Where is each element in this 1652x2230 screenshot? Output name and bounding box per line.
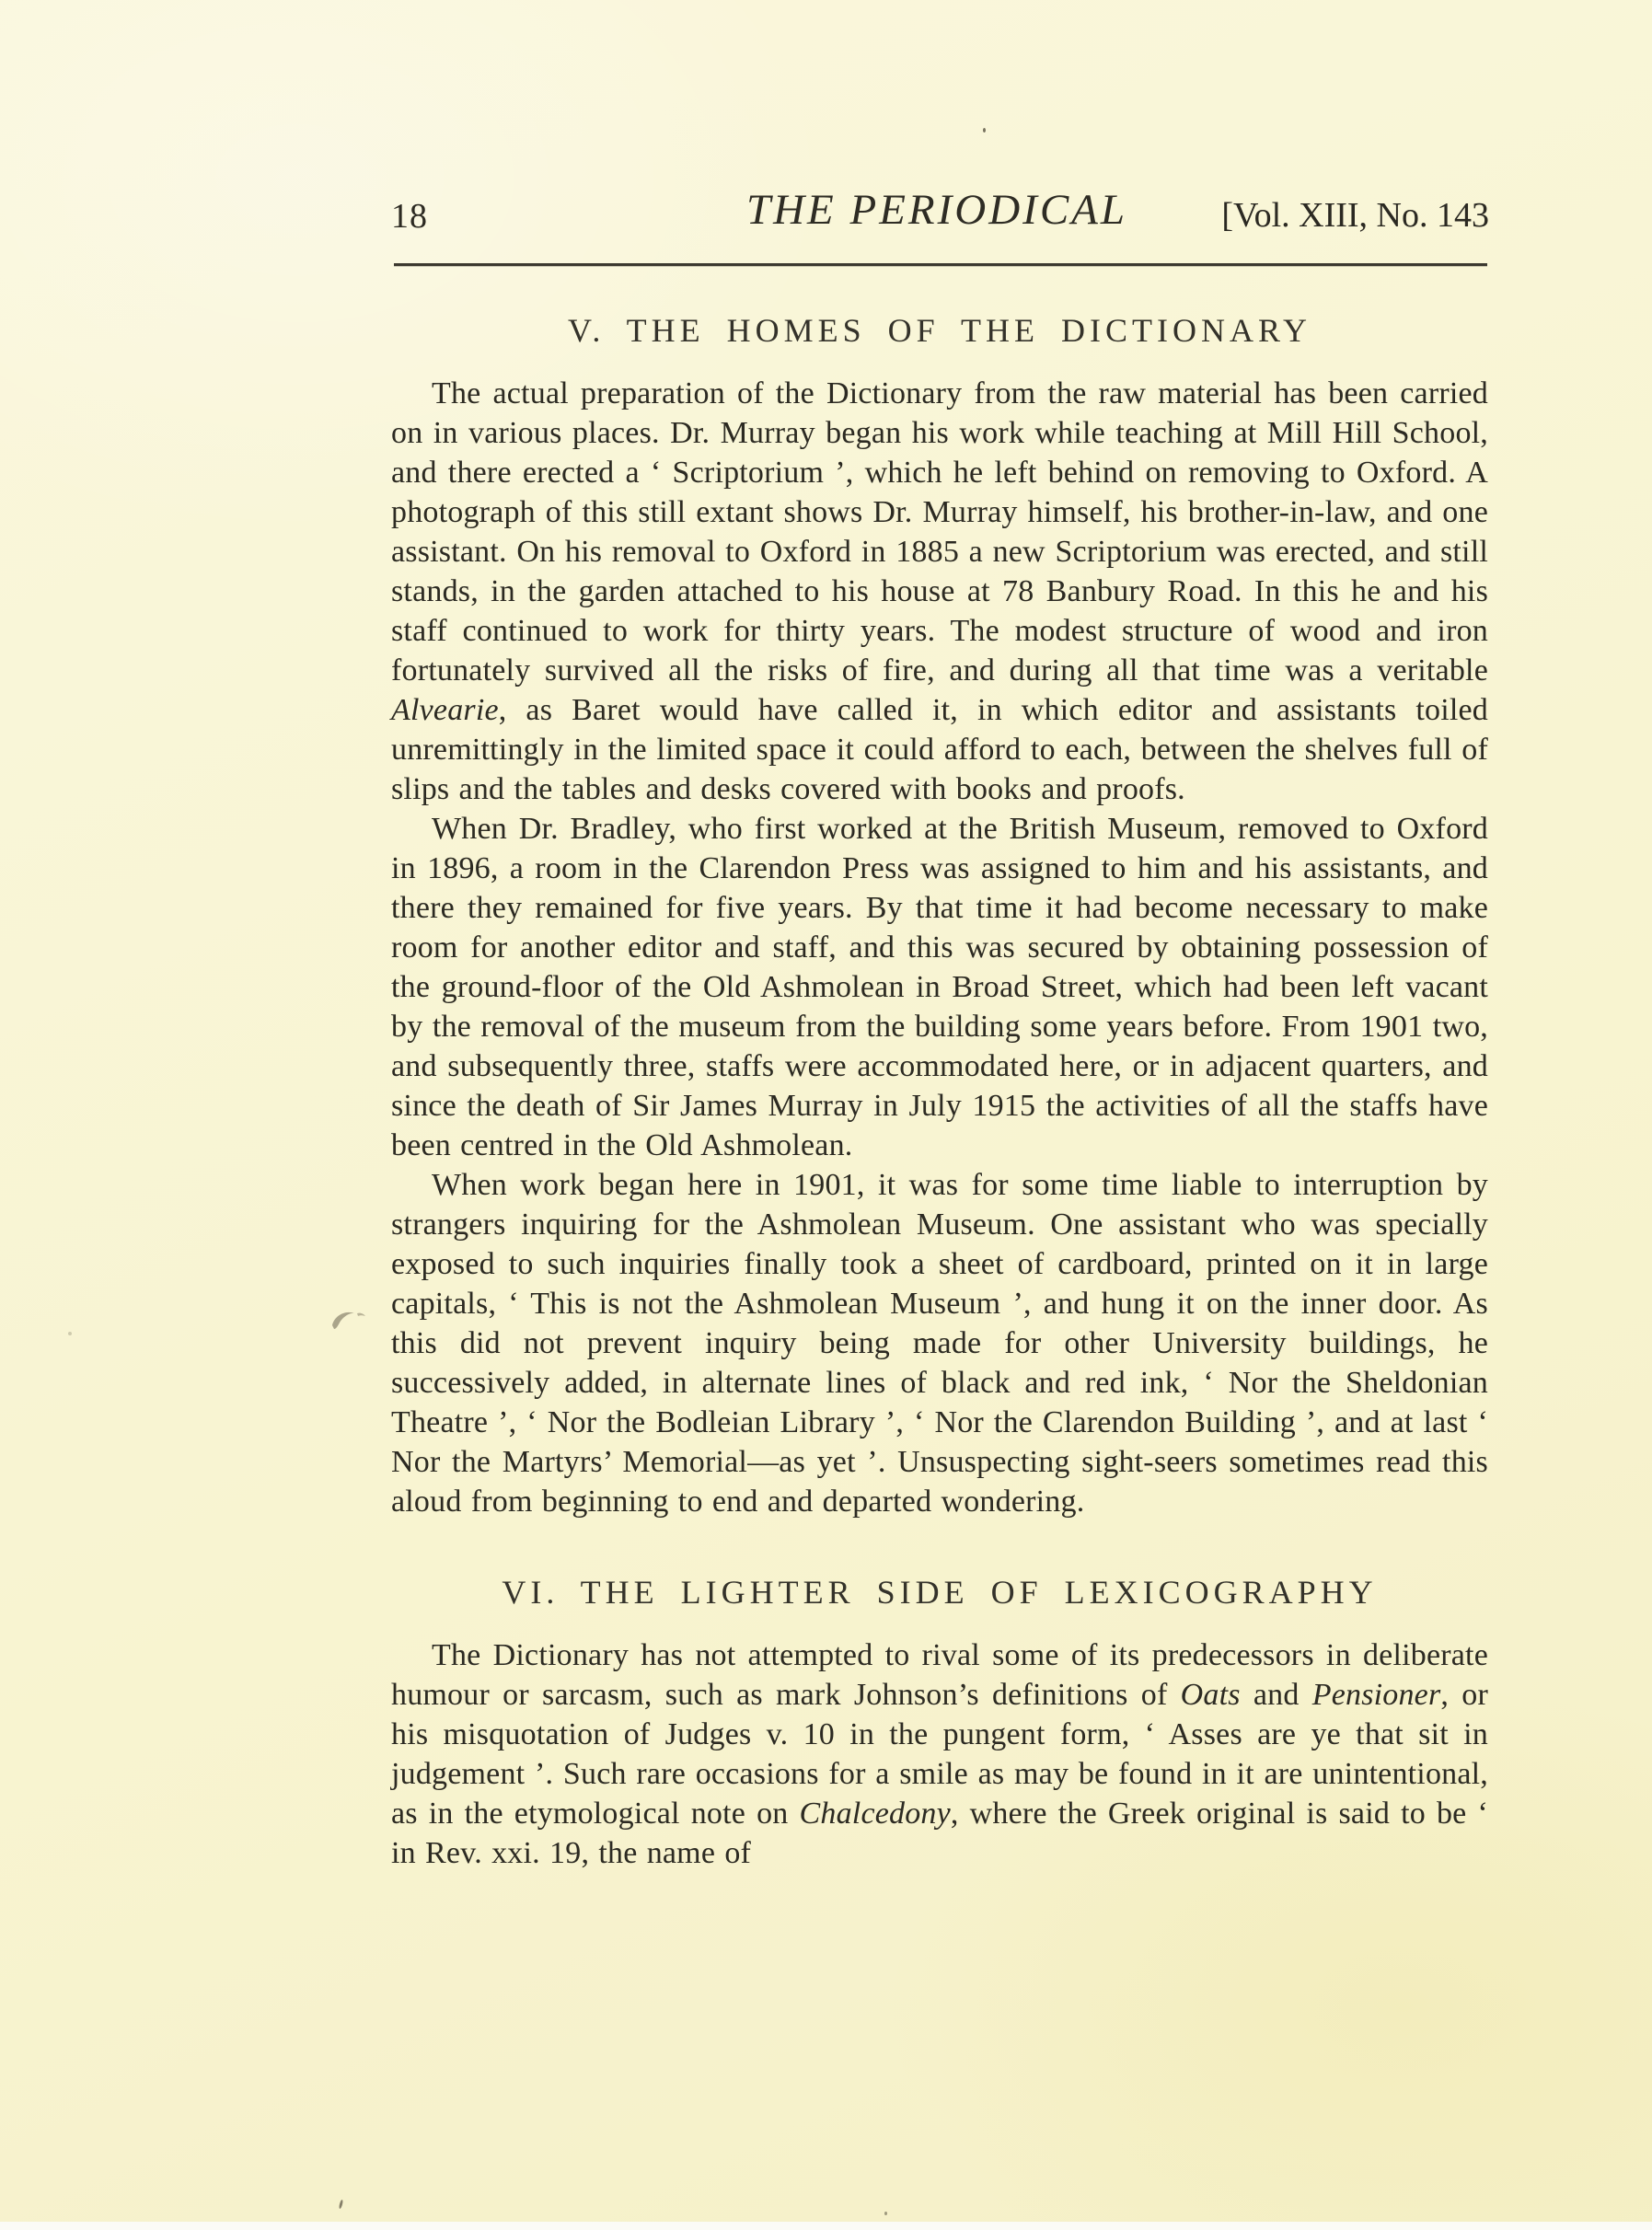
paragraph: When Dr. Bradley, who first worked at th…: [391, 809, 1488, 1165]
section-heading: VI. THE LIGHTER SIDE OF LEXICOGRAPHY: [391, 1573, 1488, 1612]
dust-speck: [884, 2212, 887, 2215]
header-rule: [394, 263, 1487, 266]
page-number: 18: [391, 196, 428, 237]
content: V. THE HOMES OF THE DICTIONARYThe actual…: [391, 311, 1488, 1873]
paragraph: The Dictionary has not attempted to riva…: [391, 1635, 1488, 1873]
volume-issue-label: [Vol. XIII, No. 143: [1221, 195, 1489, 236]
paragraph: The actual preparation of the Dictionary…: [391, 374, 1488, 809]
section-2: VI. THE LIGHTER SIDE OF LEXICOGRAPHYThe …: [391, 1573, 1488, 1873]
journal-title: THE PERIODICAL: [746, 185, 1127, 235]
section-1: V. THE HOMES OF THE DICTIONARYThe actual…: [391, 311, 1488, 1521]
dust-speck: [983, 128, 986, 133]
ink-smudge-mark: [327, 1305, 368, 1338]
dust-speck: [68, 1332, 72, 1335]
paragraph: When work began here in 1901, it was for…: [391, 1165, 1488, 1521]
dust-speck: [339, 2200, 343, 2209]
scanned-page: 18 THE PERIODICAL [Vol. XIII, No. 143 V.…: [0, 0, 1652, 2230]
section-heading: V. THE HOMES OF THE DICTIONARY: [391, 311, 1488, 350]
scan-edge-strip: [0, 2222, 1652, 2230]
